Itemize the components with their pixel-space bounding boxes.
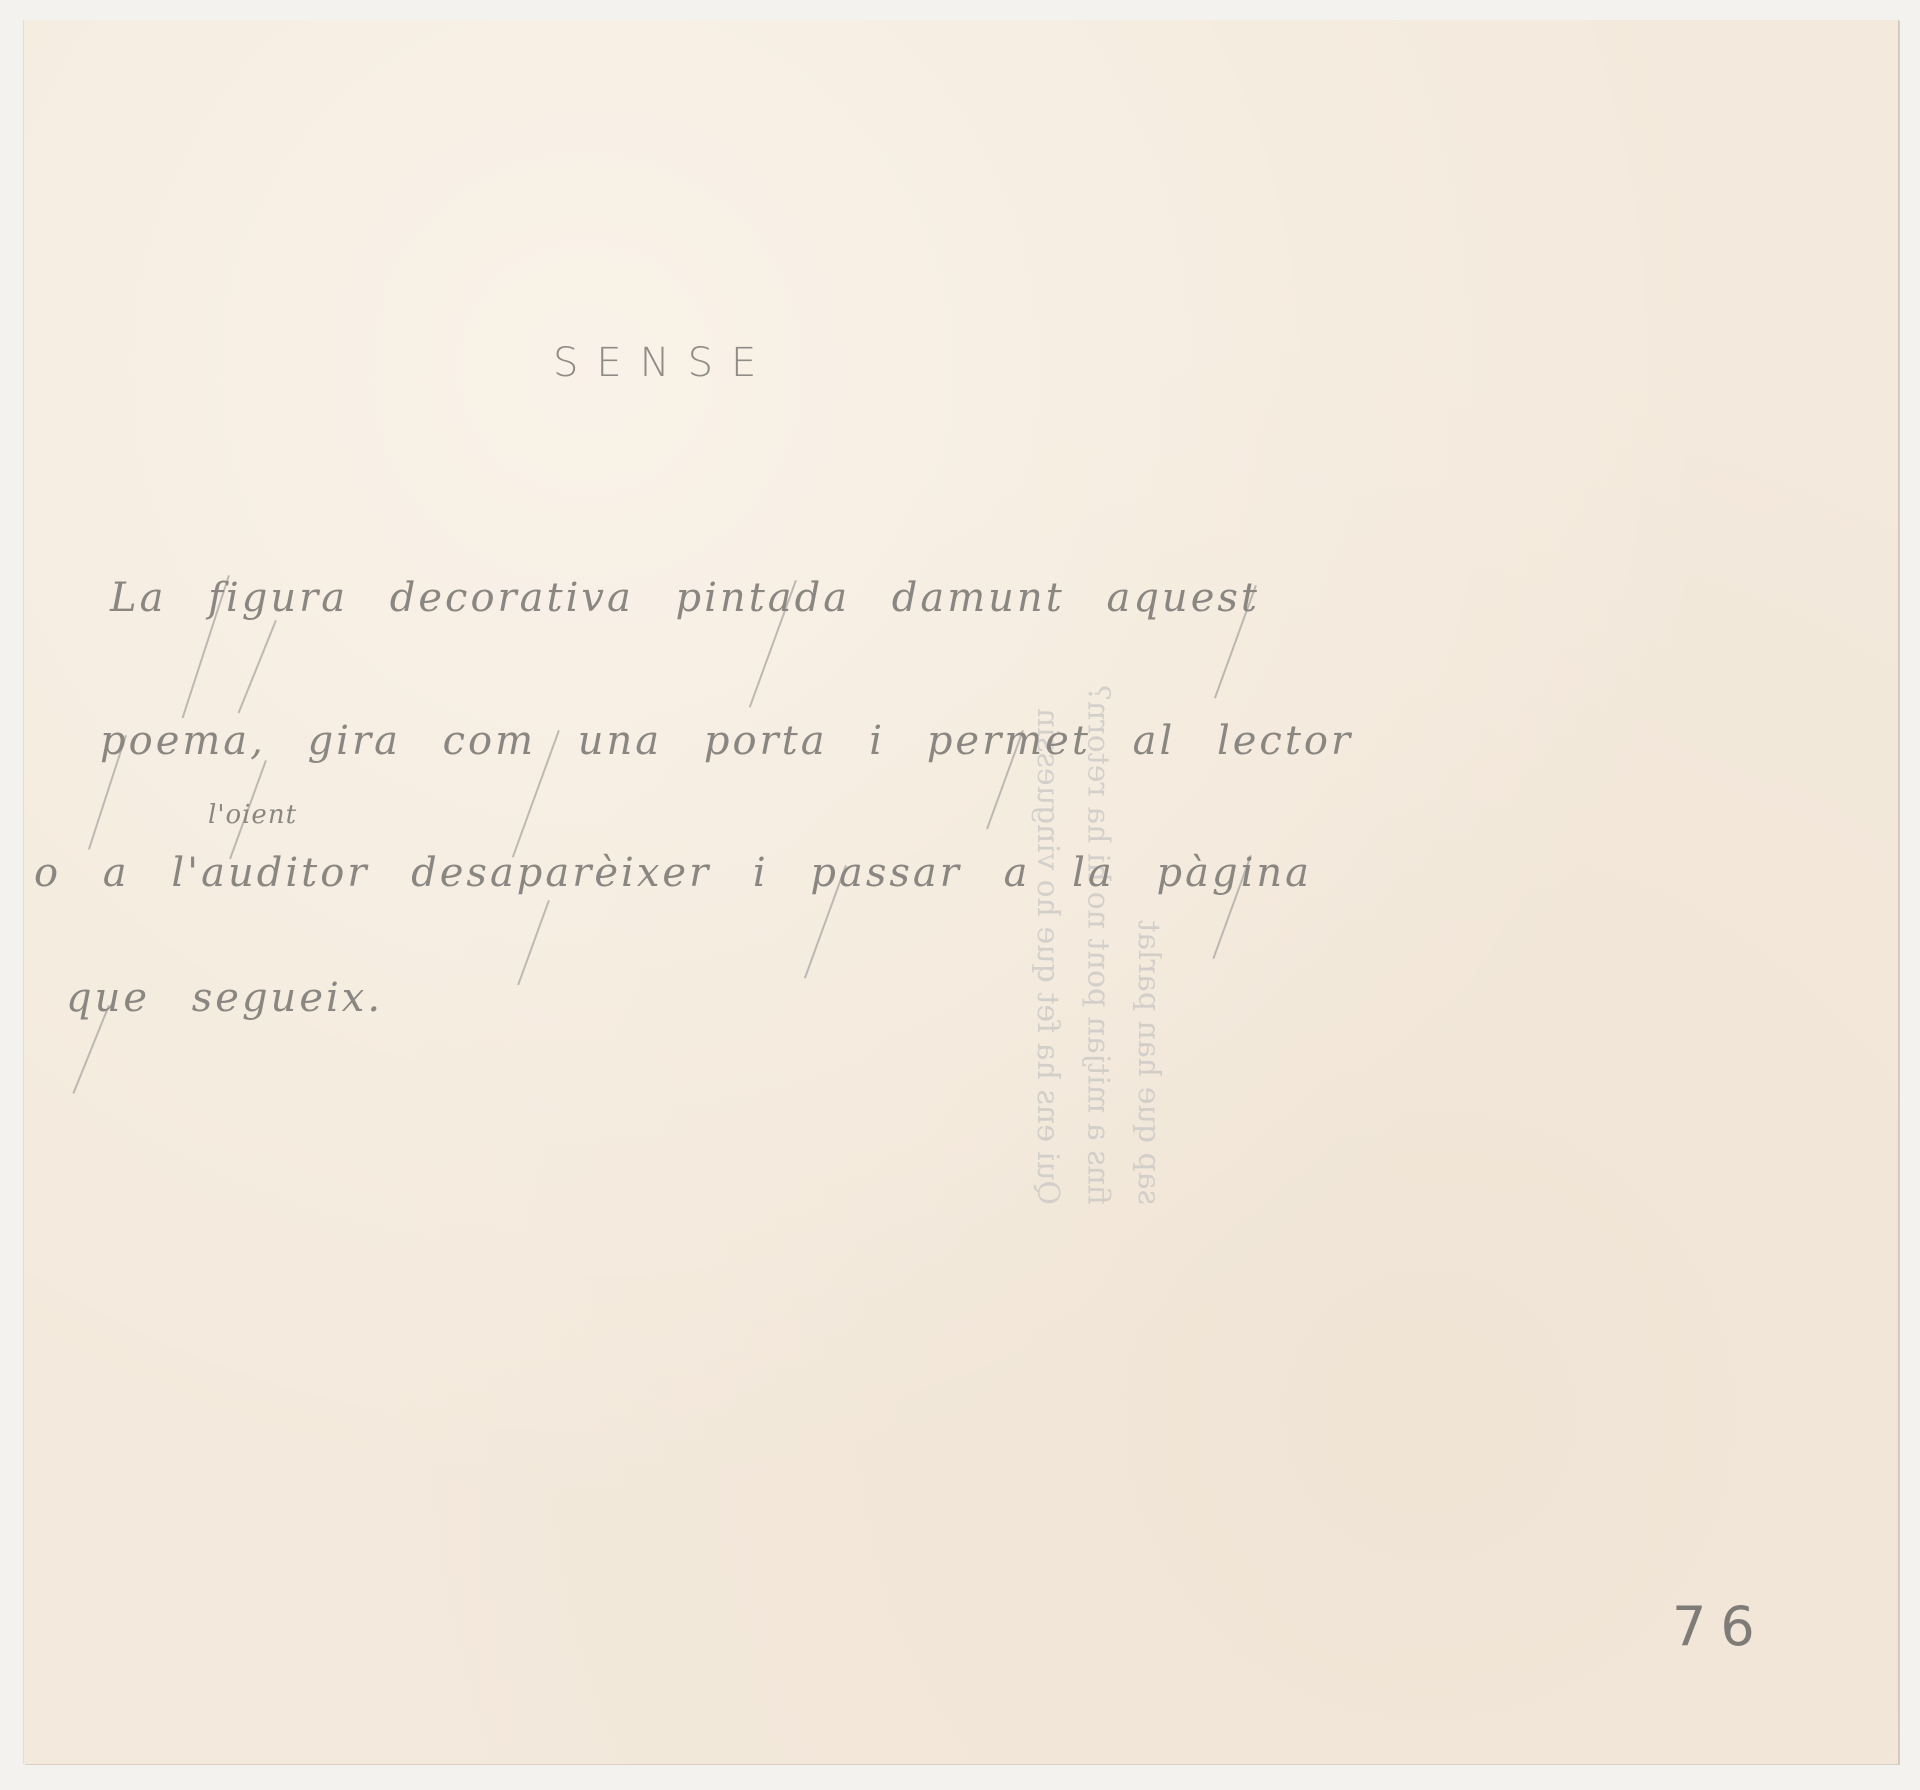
text-line-2: poema, gira com una porta i permet al le… (100, 718, 1353, 764)
poem-title: SENSE (553, 340, 774, 386)
text-line-3: o a l'auditor desaparèixer i passar a la… (34, 850, 1312, 896)
interlinear-correction: l'oient (208, 800, 297, 830)
text-line-4: que segueix. (66, 975, 383, 1021)
text-line-1: La figura decorativa pintada damunt aque… (110, 575, 1260, 621)
page-number: 76 (1672, 1595, 1769, 1658)
